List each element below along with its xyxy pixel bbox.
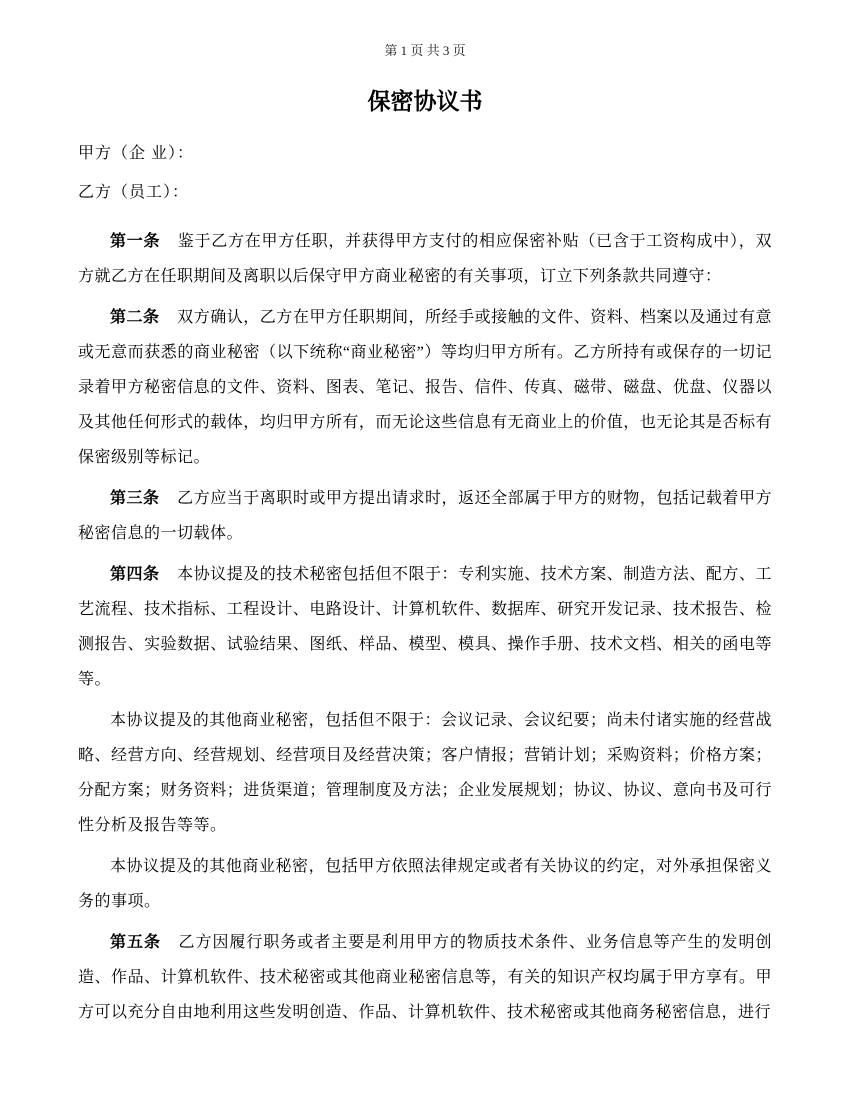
clause-3-term: 第三条 <box>110 490 177 507</box>
clause-1-paragraph: 第一条鉴于乙方在甲方任职，并获得甲方支付的相应保密补贴（已含于工资构成中），双方… <box>78 224 772 294</box>
clause-3-text: 乙方应当于离职时或甲方提出请求时，返还全部属于甲方的财物，包括记载着甲方秘密信息… <box>78 490 772 542</box>
agreement-body: 第一条鉴于乙方在甲方任职，并获得甲方支付的相应保密补贴（已含于工资构成中），双方… <box>78 224 772 1030</box>
clause-1-text: 鉴于乙方在甲方任职，并获得甲方支付的相应保密补贴（已含于工资构成中），双方就乙方… <box>78 233 772 285</box>
clause-2-term: 第二条 <box>110 309 177 326</box>
legal-obligation-paragraph: 本协议提及的其他商业秘密，包括甲方依照法律规定或者有关协议的约定，对外承担保密义… <box>78 849 772 919</box>
party-b-line: 乙方（员工）： <box>78 182 772 204</box>
clause-2-text: 双方确认，乙方在甲方任职期间，所经手或接触的文件、资料、档案以及通过有意或无意而… <box>78 309 772 466</box>
clause-4-paragraph: 第四条本协议提及的技术秘密包括但不限于：专利实施、技术方案、制造方法、配方、工艺… <box>78 557 772 697</box>
clause-2-paragraph: 第二条双方确认，乙方在甲方任职期间，所经手或接触的文件、资料、档案以及通过有意或… <box>78 300 772 475</box>
clause-4-text: 本协议提及的技术秘密包括但不限于：专利实施、技术方案、制造方法、配方、工艺流程、… <box>78 566 772 688</box>
clause-3-paragraph: 第三条乙方应当于离职时或甲方提出请求时，返还全部属于甲方的财物，包括记载着甲方秘… <box>78 481 772 551</box>
clause-5-text: 乙方因履行职务或者主要是利用甲方的物质技术条件、业务信息等产生的发明创造、作品、… <box>78 934 772 1021</box>
document-title: 保密协议书 <box>78 87 772 115</box>
party-a-line: 甲方（企 业）： <box>78 143 772 165</box>
legal-obligation-text: 本协议提及的其他商业秘密，包括甲方依照法律规定或者有关协议的约定，对外承担保密义… <box>78 858 772 910</box>
clause-1-term: 第一条 <box>110 233 178 250</box>
clause-5-term: 第五条 <box>110 934 179 951</box>
other-secrets-paragraph: 本协议提及的其他商业秘密，包括但不限于：会议记录、会议纪要；尚未付诸实施的经营战… <box>78 703 772 843</box>
document-page: 第 1 页 共 3 页 保密协议书 甲方（企 业）： 乙方（员工）： 第一条鉴于… <box>0 0 850 1100</box>
other-secrets-text: 本协议提及的其他商业秘密，包括但不限于：会议记录、会议纪要；尚未付诸实施的经营战… <box>78 712 772 834</box>
page-number-header: 第 1 页 共 3 页 <box>78 44 772 57</box>
parties-section: 甲方（企 业）： 乙方（员工）： <box>78 143 772 204</box>
clause-4-term: 第四条 <box>110 566 177 583</box>
clause-5-paragraph: 第五条乙方因履行职务或者主要是利用甲方的物质技术条件、业务信息等产生的发明创造、… <box>78 925 772 1030</box>
